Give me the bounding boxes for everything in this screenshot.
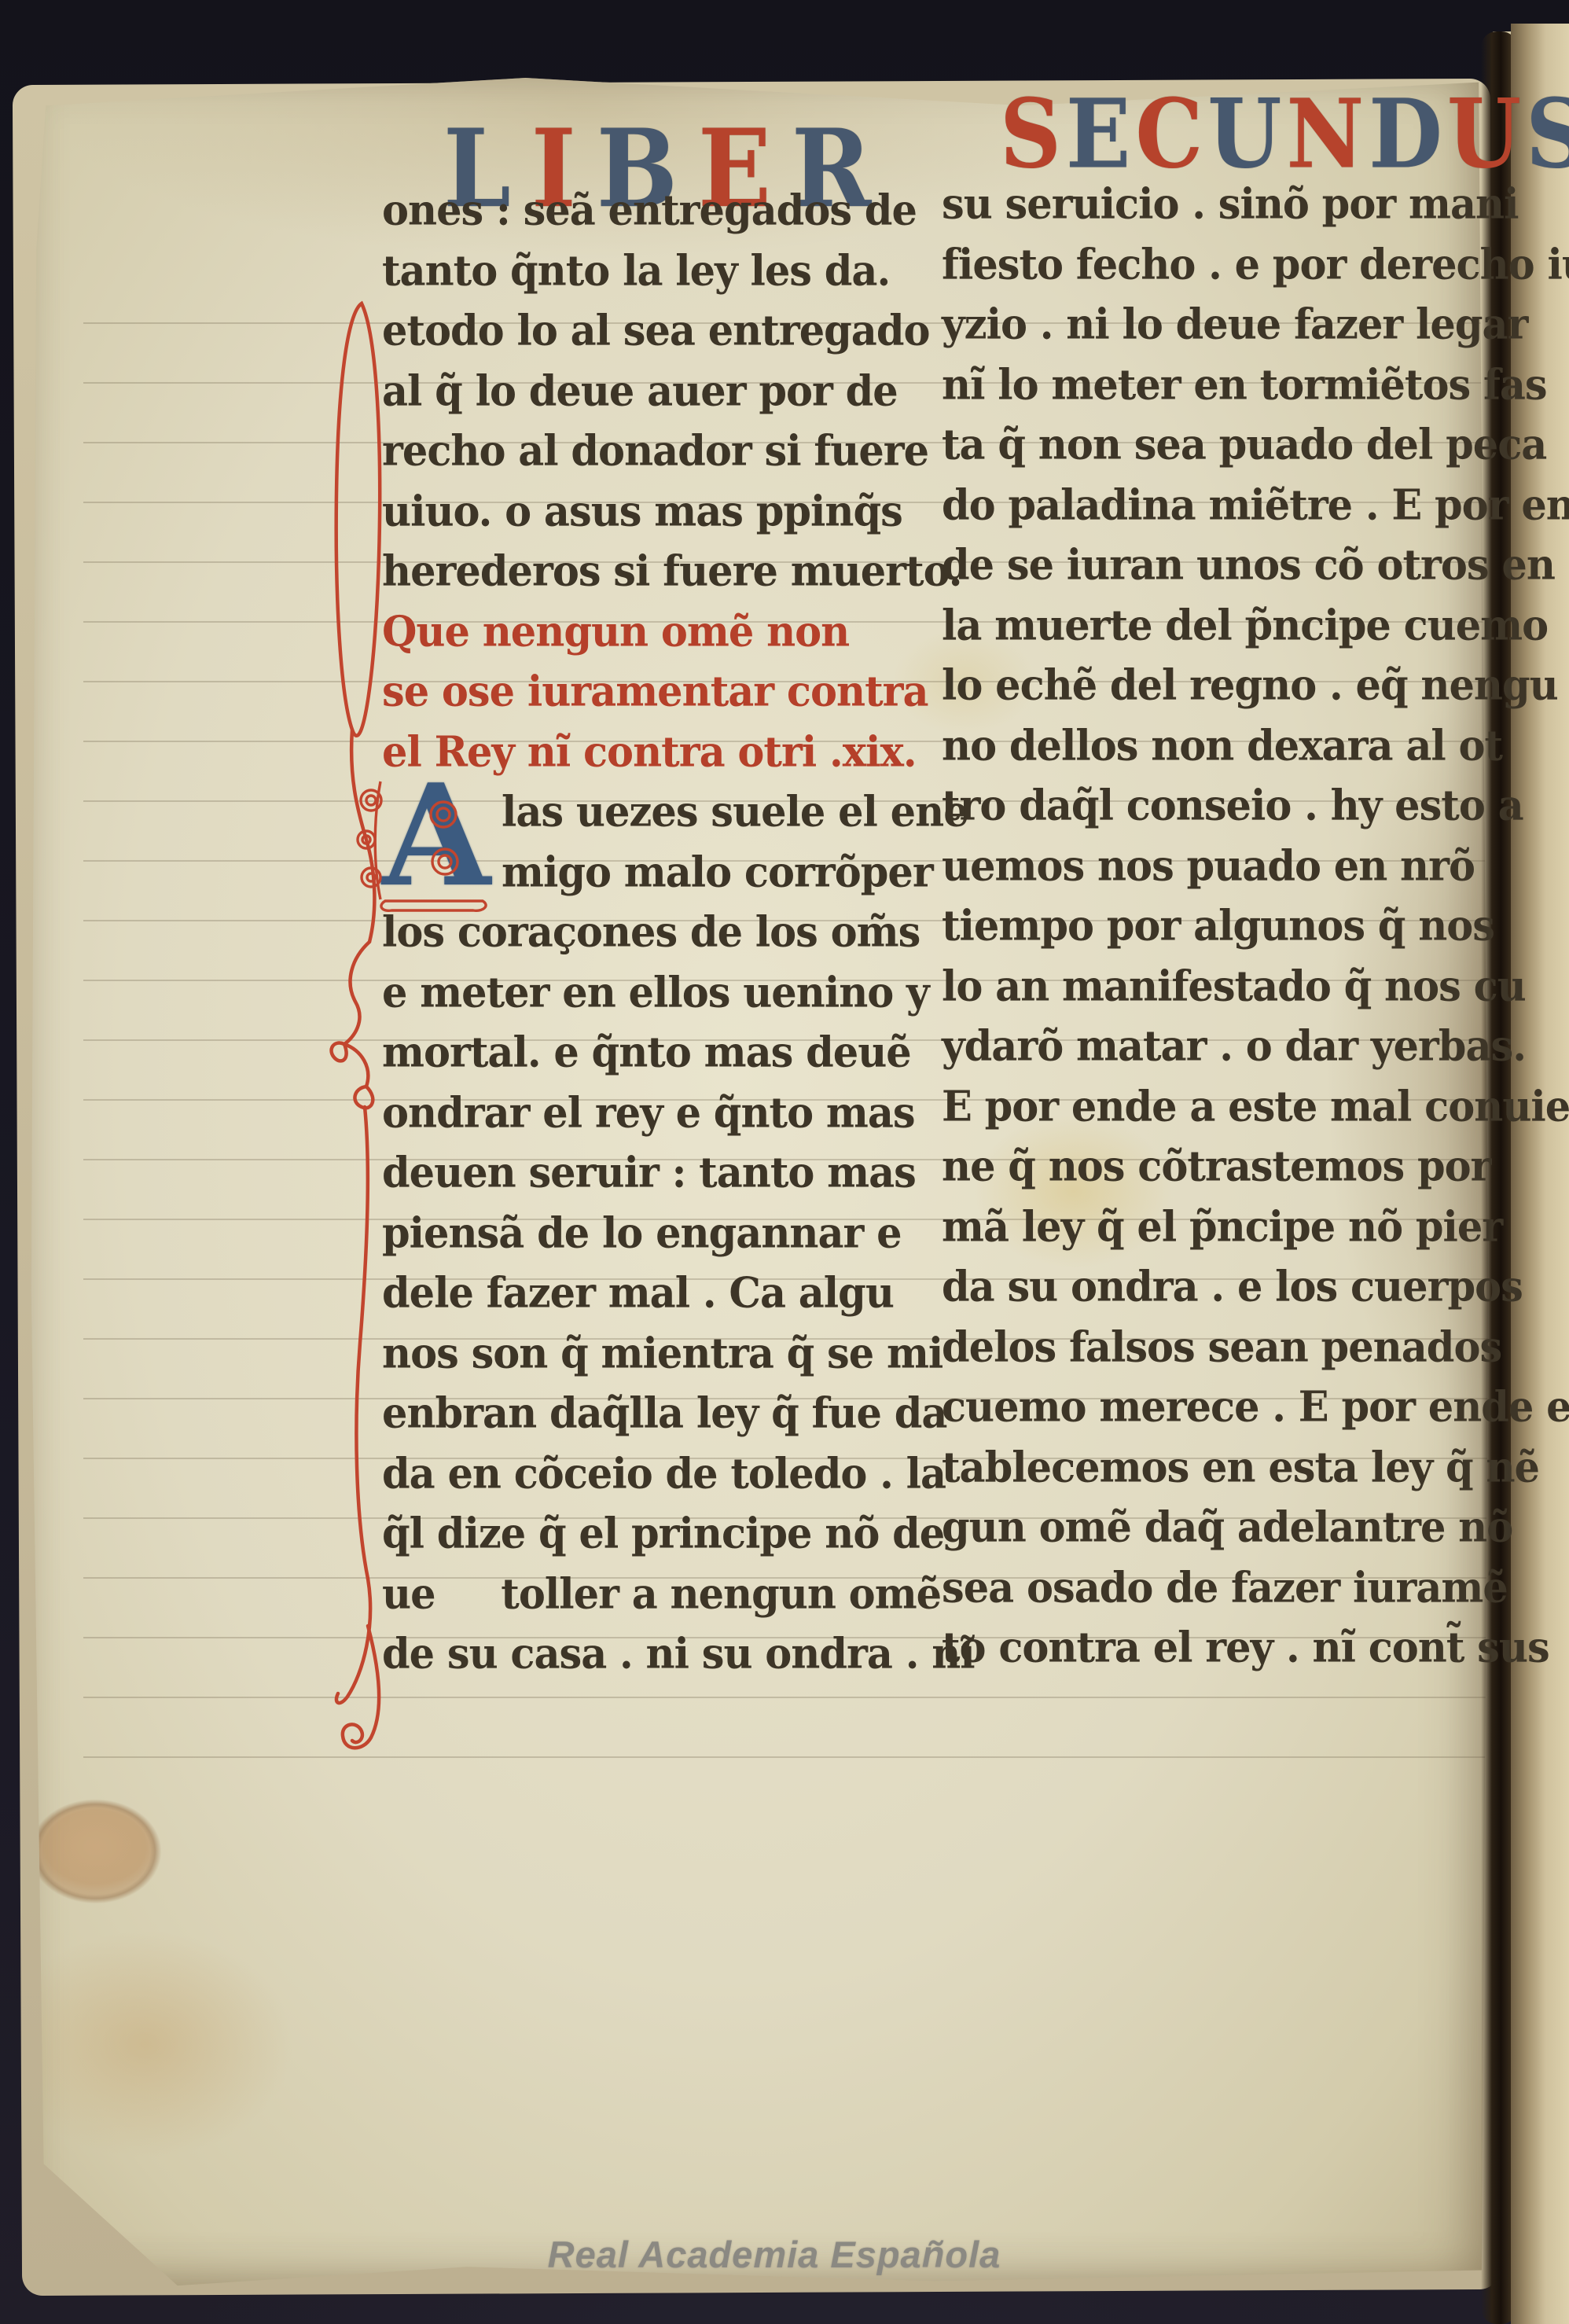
text-line: las uezes suele el ene — [382, 781, 932, 844]
text-line: cuemo merece . E por ende es — [942, 1376, 1511, 1439]
text-line: de se iuran unos cõ otros en — [942, 534, 1511, 597]
text-line: ydarõ matar . o dar yerbas. — [942, 1015, 1511, 1078]
text-line: tro daq̃l conseio . hy esto a — [942, 774, 1511, 837]
text-line: tanto q̃nto la ley les da. — [382, 240, 932, 303]
text-line: da en cõceio de toledo . la — [382, 1443, 932, 1506]
text-line: al q̃ lo deue auer por de — [382, 360, 932, 423]
text-line: gun omẽ daq̃ adelantre nõ — [942, 1496, 1511, 1559]
text-line: tablecemos en esta ley q̃ nẽ — [942, 1436, 1511, 1499]
library-watermark-caption: Real Academia Española — [0, 2233, 1549, 2276]
text-line: ta q̃ non sea puado del peca — [942, 414, 1511, 476]
text-column-right: su seruicio . sinõ por manifiesto fecho … — [942, 175, 1511, 1679]
text-line: E por ende a este mal conuie — [942, 1076, 1511, 1138]
rubric-line: el Rey nĩ contra otri .xix. — [382, 721, 932, 784]
text-line: lo an manifestado q̃ nos cu — [942, 955, 1511, 1018]
text-line: q̃l dize q̃ el principe nõ de — [382, 1502, 932, 1565]
text-line: nos son q̃ mientra q̃ se mi — [382, 1322, 932, 1385]
text-line: tiempo por algunos q̃ nos — [942, 895, 1511, 958]
text-line: da su ondra . e los cuerpos — [942, 1256, 1511, 1318]
text-line: no dellos non dexara al ot — [942, 715, 1511, 778]
text-line: ne q̃ nos cõtrastemos por — [942, 1135, 1511, 1198]
text-line: su seruicio . sinõ por mani — [942, 173, 1511, 236]
text-line: enbran daq̃lla ley q̃ fue da — [382, 1382, 932, 1445]
text-line: mã ley q̃ el p̃ncipe nõ pier — [942, 1196, 1511, 1259]
text-line: delos falsos sean penados — [942, 1316, 1511, 1379]
text-line: fiesto fecho . e por derecho iu — [942, 234, 1511, 296]
text-line: de su casa . ni su ondra . nĩ — [382, 1623, 932, 1686]
text-line: to contra el rey . nĩ cont̃ sus — [942, 1616, 1511, 1679]
text-line: piensã de lo engannar e — [382, 1202, 932, 1265]
text-line: lo echẽ del regno . eq̃ nengu — [942, 654, 1511, 717]
text-line: do paladina miẽtre . E por en — [942, 474, 1511, 537]
text-line: ones : seã entregados de — [382, 179, 932, 242]
text-column-left: A ones : seã entregados detanto q̃nto la… — [382, 181, 932, 1685]
header-letter: S — [1526, 79, 1569, 189]
text-line: nĩ lo meter en tormiẽtos fas — [942, 354, 1511, 417]
text-line: ondrar el rey e q̃nto mas — [382, 1082, 932, 1145]
text-line: dele fazer mal . Ca algu — [382, 1262, 932, 1325]
rubric-line: se ose iuramentar contra — [382, 660, 932, 723]
text-line: la muerte del p̃ncipe cuemo — [942, 594, 1511, 657]
text-line: deuen seruir : tanto mas — [382, 1142, 932, 1204]
text-line: e meter en ellos uenino y — [382, 962, 932, 1024]
text-line: los coraçones de los om̃s — [382, 901, 932, 964]
text-line: yzio . ni lo deue fazer legar — [942, 293, 1511, 356]
text-line: ue toller a nengun omẽ — [382, 1563, 932, 1626]
text-line: recho al donador si fuere — [382, 420, 932, 483]
text-line: mortal. e q̃nto mas deuẽ — [382, 1021, 932, 1084]
text-line: herederos si fuere muerto. — [382, 540, 932, 603]
text-line: uiuo. o asus mas ppinq̃s — [382, 480, 932, 543]
rubric-line: Que nengun omẽ non — [382, 601, 932, 664]
text-line: etodo lo al sea entregado — [382, 300, 932, 362]
text-line: migo malo corrõper — [382, 841, 932, 904]
text-line: uemos nos puado en nrõ — [942, 835, 1511, 898]
running-title-secundus: SECUNDUS — [1000, 85, 1569, 184]
text-line: sea osado de fazer iuramẽ — [942, 1557, 1511, 1620]
manuscript-photo: { "caption": "Real Academia Española", "… — [0, 0, 1569, 2324]
